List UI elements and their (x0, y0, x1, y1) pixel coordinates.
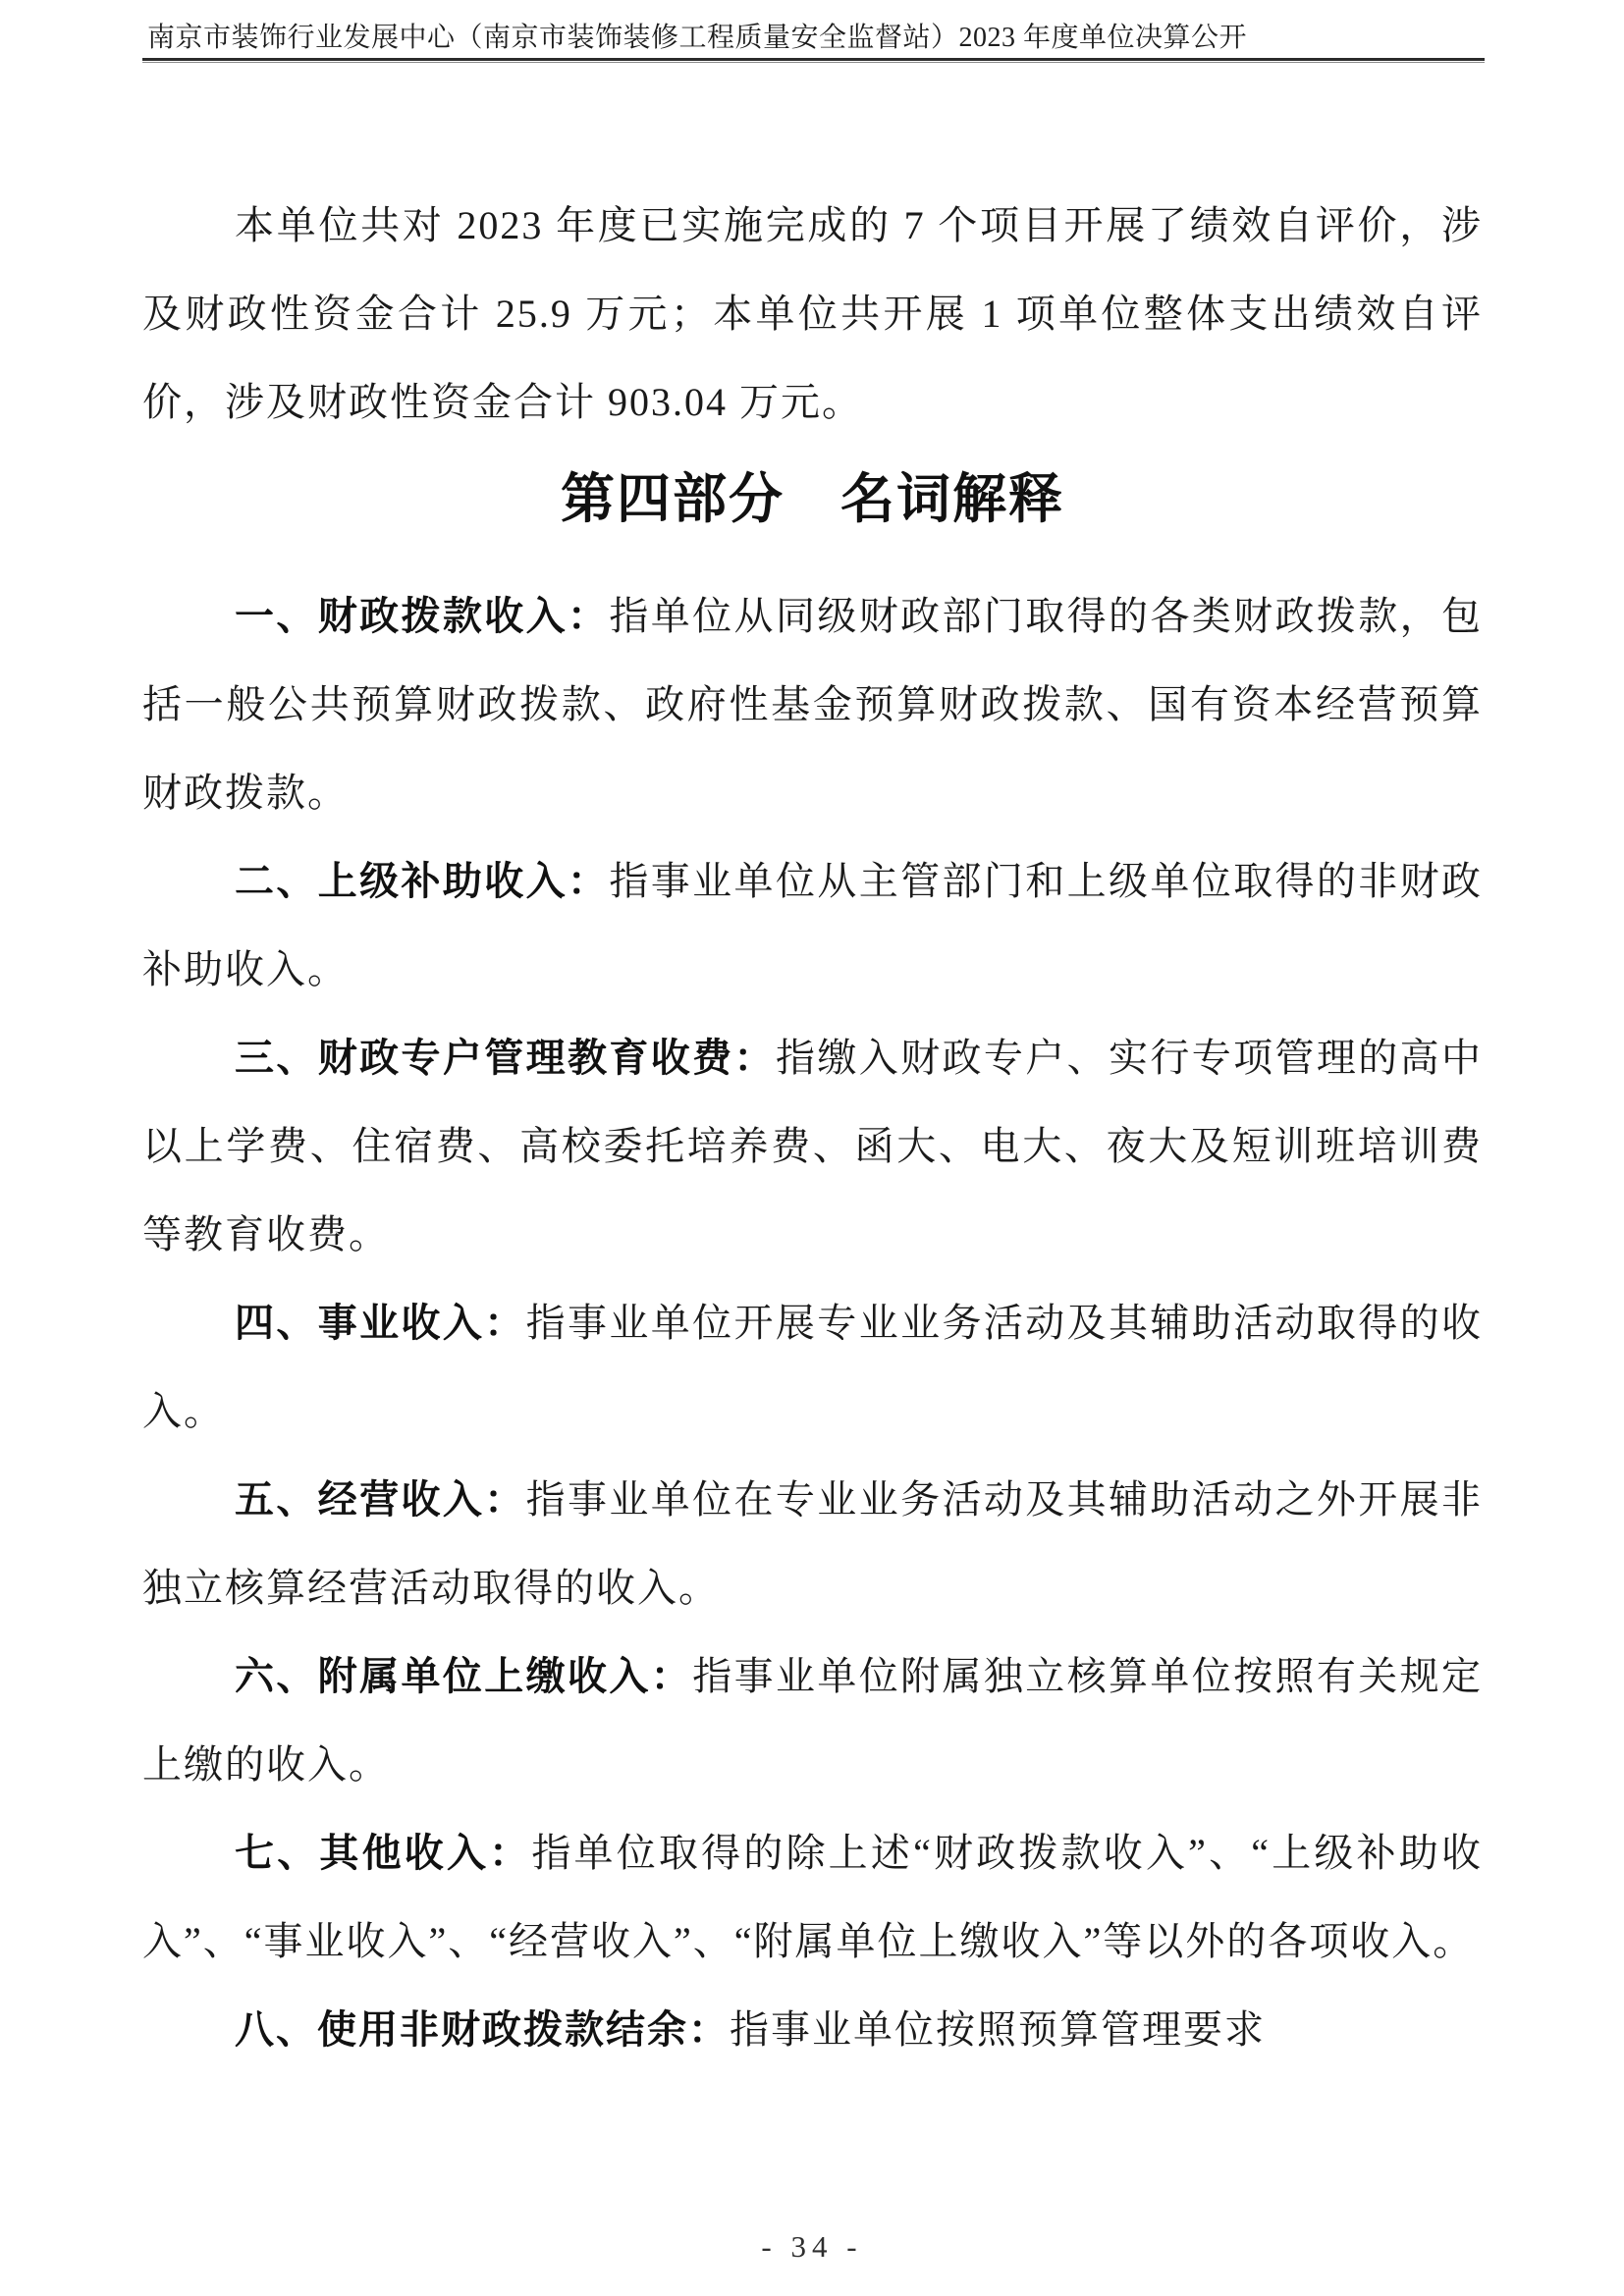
section-heading: 第四部分 名词解释 (142, 454, 1483, 545)
definition-term: 八、使用非财政拨款结余： (235, 2008, 730, 2052)
definition-term: 二、上级补助收入： (235, 860, 609, 903)
definition-paragraph: 八、使用非财政拨款结余：指事业单位按照预算管理要求 (142, 1986, 1483, 2074)
definitions-list: 一、财政拨款收入：指单位从同级财政部门取得的各类财政拨款，包括一般公共预算财政拨… (142, 572, 1483, 2074)
definition-paragraph: 七、其他收入：指单位取得的除上述“财政拨款收入”、“上级补助收入”、“事业收入”… (142, 1809, 1483, 1986)
definition-paragraph: 五、经营收入：指事业单位在专业业务活动及其辅助活动之外开展非独立核算经营活动取得… (142, 1456, 1483, 1632)
page-header: 南京市装饰行业发展中心（南京市装饰装修工程质量安全监督站）2023 年度单位决算… (142, 0, 1485, 63)
definition-text: 指事业单位按照预算管理要求 (730, 2007, 1266, 2052)
definition-paragraph: 二、上级补助收入：指事业单位从主管部门和上级单位取得的非财政补助收入。 (142, 837, 1483, 1014)
definition-paragraph: 一、财政拨款收入：指单位从同级财政部门取得的各类财政拨款，包括一般公共预算财政拨… (142, 572, 1483, 837)
definition-term: 四、事业收入： (235, 1302, 526, 1345)
definition-term: 七、其他收入： (235, 1832, 531, 1875)
page-footer: - 34 - (0, 2229, 1624, 2265)
page-number: - 34 - (761, 2229, 862, 2264)
definition-paragraph: 六、附属单位上缴收入：指事业单位附属独立核算单位按照有关规定上缴的收入。 (142, 1632, 1483, 1809)
definition-term: 六、附属单位上缴收入： (235, 1655, 692, 1698)
intro-paragraph: 本单位共对 2023 年度已实施完成的 7 个项目开展了绩效自评价，涉及财政性资… (142, 182, 1483, 447)
definition-term: 五、经营收入： (235, 1478, 526, 1522)
header-rule (142, 58, 1485, 63)
document-body: 本单位共对 2023 年度已实施完成的 7 个项目开展了绩效自评价，涉及财政性资… (142, 182, 1483, 2074)
header-title: 南京市装饰行业发展中心（南京市装饰装修工程质量安全监督站）2023 年度单位决算… (142, 0, 1485, 55)
definition-paragraph: 四、事业收入：指事业单位开展专业业务活动及其辅助活动取得的收入。 (142, 1279, 1483, 1456)
document-page: 南京市装饰行业发展中心（南京市装饰装修工程质量安全监督站）2023 年度单位决算… (0, 0, 1624, 2296)
definition-paragraph: 三、财政专户管理教育收费：指缴入财政专户、实行专项管理的高中以上学费、住宿费、高… (142, 1014, 1483, 1279)
definition-term: 一、财政拨款收入： (235, 595, 609, 638)
definition-term: 三、财政专户管理教育收费： (235, 1037, 776, 1080)
